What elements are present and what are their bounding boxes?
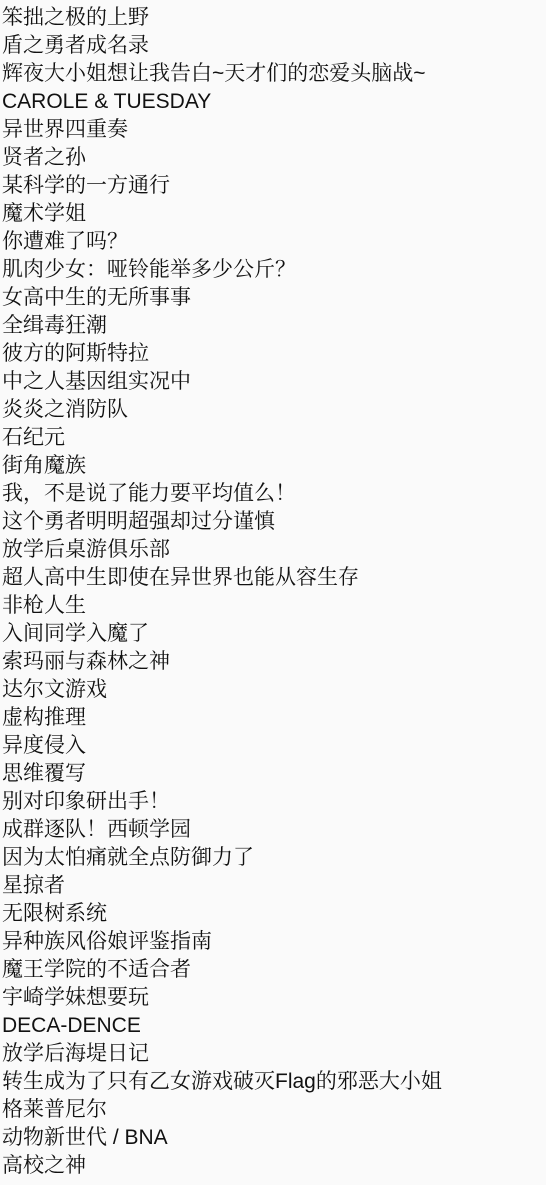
list-item: 超人高中生即使在异世界也能从容生存: [2, 564, 544, 592]
list-item: 非枪人生: [2, 592, 544, 620]
list-item: 星掠者: [2, 872, 544, 900]
list-item: 因为太怕痛就全点防御力了: [2, 844, 544, 872]
list-item: 宇崎学妹想要玩: [2, 984, 544, 1012]
list-item: 放学后海堤日记: [2, 1040, 544, 1068]
list-item: 石纪元: [2, 424, 544, 452]
list-item: 辉夜大小姐想让我告白~天才们的恋爱头脑战~: [2, 60, 544, 88]
list-item: 魔王学院的不适合者: [2, 956, 544, 984]
list-item: 这个勇者明明超强却过分谨慎: [2, 508, 544, 536]
list-item: 思维覆写: [2, 760, 544, 788]
list-item: 贤者之孙: [2, 144, 544, 172]
list-item: 你遭难了吗？: [2, 228, 544, 256]
list-item: CAROLE & TUESDAY: [2, 88, 544, 116]
list-item: 达尔文游戏: [2, 676, 544, 704]
list-item: 炎炎之消防队: [2, 396, 544, 424]
list-item: 盾之勇者成名录: [2, 32, 544, 60]
list-item: 异度侵入: [2, 732, 544, 760]
list-item: 索玛丽与森林之神: [2, 648, 544, 676]
list-item: 异世界四重奏: [2, 116, 544, 144]
list-item: 放学后桌游俱乐部: [2, 536, 544, 564]
list-item: 异种族风俗娘评鉴指南: [2, 928, 544, 956]
list-item: 转生成为了只有乙女游戏破灭Flag的邪恶大小姐: [2, 1068, 544, 1096]
list-item: 格莱普尼尔: [2, 1096, 544, 1124]
list-item: 成群逐队！西顿学园: [2, 816, 544, 844]
list-item: 我，不是说了能力要平均值么！: [2, 480, 544, 508]
list-item: 女高中生的无所事事: [2, 284, 544, 312]
list-item: 别对印象研出手！: [2, 788, 544, 816]
list-item: 高校之神: [2, 1152, 544, 1180]
list-item: 无限树系统: [2, 900, 544, 928]
list-item: 某科学的一方通行: [2, 172, 544, 200]
list-item: 彼方的阿斯特拉: [2, 340, 544, 368]
list-item: 街角魔族: [2, 452, 544, 480]
list-item: DECA-DENCE: [2, 1012, 544, 1040]
list-item: 全缉毒狂潮: [2, 312, 544, 340]
list-item: 入间同学入魔了: [2, 620, 544, 648]
list-item: 肌肉少女：哑铃能举多少公斤？: [2, 256, 544, 284]
title-list: 笨拙之极的上野盾之勇者成名录辉夜大小姐想让我告白~天才们的恋爱头脑战~CAROL…: [0, 0, 546, 1180]
list-item: 动物新世代 / BNA: [2, 1124, 544, 1152]
list-item: 魔术学姐: [2, 200, 544, 228]
list-item: 虚构推理: [2, 704, 544, 732]
list-item: 中之人基因组实况中: [2, 368, 544, 396]
list-item: 笨拙之极的上野: [2, 4, 544, 32]
